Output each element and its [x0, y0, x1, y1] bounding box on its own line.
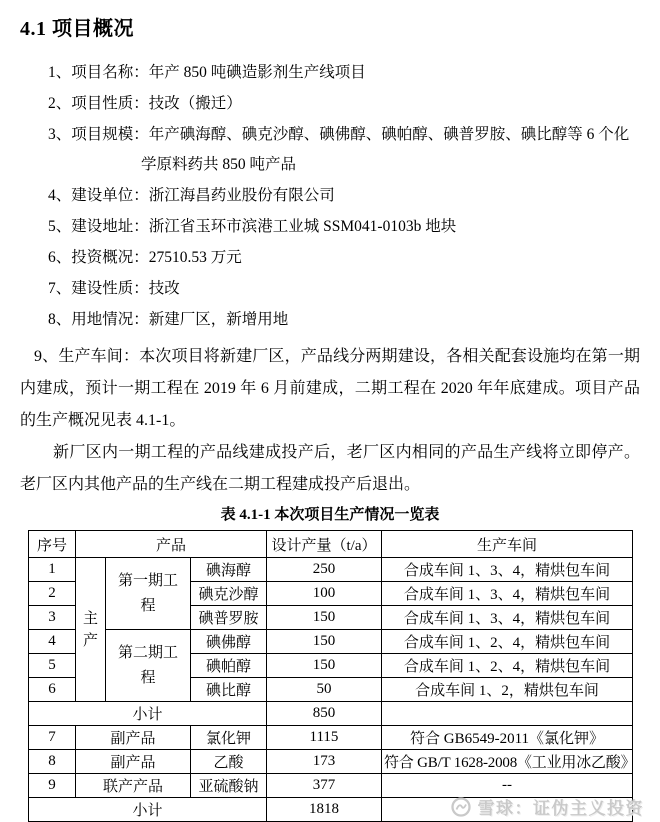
phase1-label: 第一期工程 [115, 569, 181, 619]
header-workshop: 生产车间 [382, 531, 633, 558]
cell-seq: 2 [29, 582, 76, 606]
cell-output: 250 [267, 558, 382, 582]
item-number: 7、 [48, 280, 71, 297]
list-item-8: 8、用地情况：新建厂区，新增用地 [48, 305, 640, 335]
cell-output: 377 [267, 774, 382, 798]
table-row-subtotal-main: 小计 850 [29, 702, 633, 726]
project-info-list: 1、项目名称：年产 850 吨碘造影剂生产线项目 2、项目性质：技改（搬迁） 3… [20, 58, 640, 335]
list-item-4: 4、建设单位：浙江海昌药业股份有限公司 [48, 181, 640, 211]
cell-category: 联产产品 [76, 774, 191, 798]
list-item-6: 6、投资概况：27510.53 万元 [48, 243, 640, 273]
item-number: 6、 [48, 249, 71, 266]
cell-output: 173 [267, 750, 382, 774]
cell-category: 副产品 [76, 750, 191, 774]
table-title: 表 4.1-1 本次项目生产情况一览表 [20, 505, 640, 525]
list-item-7: 7、建设性质：技改 [48, 274, 640, 304]
cell-main-group: 主产 [76, 558, 106, 702]
table-header-row: 序号 产品 设计产量（t/a） 生产车间 [29, 531, 633, 558]
item-label: 项目名称： [71, 64, 149, 81]
table-row-1: 1 主产 第一期工程 碘海醇 250 合成车间 1、3、4，精烘包车间 [29, 558, 633, 582]
item-value: 27510.53 万元 [149, 249, 242, 266]
item-value: 年产 850 吨碘造影剂生产线项目 [149, 64, 366, 81]
item-number: 5、 [48, 218, 71, 235]
cell-output: 150 [267, 630, 382, 654]
item-label: 项目规模： [71, 126, 149, 143]
cell-subtotal-workshop [382, 798, 633, 822]
cell-workshop: 符合 GB/T 1628-2008《工业用冰乙酸》 [382, 750, 633, 774]
cell-phase1: 第一期工程 [106, 558, 191, 630]
cell-workshop: 符合 GB6549-2011《氯化钾》 [382, 726, 633, 750]
document-page: 4.1 项目概况 1、项目名称：年产 850 吨碘造影剂生产线项目 2、项目性质… [0, 0, 660, 822]
paragraph-old-plant-shutdown: 新厂区内一期工程的产品线建成投产后，老厂区内相同的产品生产线将立即停产。老厂区内… [20, 437, 640, 501]
cell-workshop: 合成车间 1、3、4，精烘包车间 [382, 582, 633, 606]
cell-product: 乙酸 [191, 750, 267, 774]
header-product: 产品 [76, 531, 267, 558]
cell-subtotal-label: 小计 [29, 798, 267, 822]
cell-subtotal-label: 小计 [29, 702, 267, 726]
list-item-2: 2、项目性质：技改（搬迁） [48, 89, 640, 119]
cell-output: 150 [267, 654, 382, 678]
cell-product: 碘普罗胺 [191, 606, 267, 630]
list-item-1: 1、项目名称：年产 850 吨碘造影剂生产线项目 [48, 58, 640, 88]
cell-workshop: -- [382, 774, 633, 798]
item-value: 年产碘海醇、碘克沙醇、碘佛醇、碘帕醇、碘普罗胺、碘比醇等 6 个化 [149, 126, 630, 143]
cell-workshop: 合成车间 1、3、4，精烘包车间 [382, 606, 633, 630]
item-number: 1、 [48, 64, 71, 81]
cell-seq: 5 [29, 654, 76, 678]
item-value: 浙江海昌药业股份有限公司 [149, 187, 335, 204]
header-seq: 序号 [29, 531, 76, 558]
item-value-line2: 学原料药共 850 吨产品 [141, 150, 640, 180]
cell-seq: 9 [29, 774, 76, 798]
item-label: 用地情况： [71, 311, 149, 328]
item-number: 4、 [48, 187, 71, 204]
cell-seq: 8 [29, 750, 76, 774]
item-label: 项目性质： [71, 95, 149, 112]
cell-product: 碘海醇 [191, 558, 267, 582]
main-group-label: 主产 [82, 608, 99, 652]
cell-output: 50 [267, 678, 382, 702]
list-item-5: 5、建设地址：浙江省玉环市滨港工业城 SSM041-0103b 地块 [48, 212, 640, 242]
cell-subtotal-output: 1818 [267, 798, 382, 822]
cell-subtotal-output: 850 [267, 702, 382, 726]
cell-seq: 7 [29, 726, 76, 750]
item-value: 新建厂区，新增用地 [149, 311, 289, 328]
table-row-4: 4 第二期工程 碘佛醇 150 合成车间 1、2、4，精烘包车间 [29, 630, 633, 654]
cell-phase2: 第二期工程 [106, 630, 191, 702]
cell-product: 碘克沙醇 [191, 582, 267, 606]
cell-subtotal-workshop [382, 702, 633, 726]
cell-seq: 4 [29, 630, 76, 654]
list-item-3: 3、项目规模：年产碘海醇、碘克沙醇、碘佛醇、碘帕醇、碘普罗胺、碘比醇等 6 个化… [48, 120, 640, 180]
cell-output: 1115 [267, 726, 382, 750]
item-value: 技改 [149, 280, 180, 297]
cell-workshop: 合成车间 1、2，精烘包车间 [382, 678, 633, 702]
cell-product: 碘佛醇 [191, 630, 267, 654]
cell-seq: 3 [29, 606, 76, 630]
header-output: 设计产量（t/a） [267, 531, 382, 558]
production-overview-table: 序号 产品 设计产量（t/a） 生产车间 1 主产 第一期工程 碘海醇 250 … [28, 530, 633, 822]
cell-category: 副产品 [76, 726, 191, 750]
cell-output: 100 [267, 582, 382, 606]
table-row-8: 8 副产品 乙酸 173 符合 GB/T 1628-2008《工业用冰乙酸》 [29, 750, 633, 774]
cell-product: 氯化钾 [191, 726, 267, 750]
cell-seq: 6 [29, 678, 76, 702]
paragraph-production-workshops: 9、生产车间：本次项目将新建厂区，产品线分两期建设，各相关配套设施均在第一期内建… [20, 341, 640, 437]
item-value: 浙江省玉环市滨港工业城 SSM041-0103b 地块 [149, 218, 456, 235]
item-label: 建设单位： [71, 187, 149, 204]
item-number: 2、 [48, 95, 71, 112]
item-label: 建设地址： [71, 218, 149, 235]
cell-product: 碘比醇 [191, 678, 267, 702]
table-row-subtotal-total: 小计 1818 [29, 798, 633, 822]
item-number: 3、 [48, 126, 71, 143]
cell-output: 150 [267, 606, 382, 630]
cell-workshop: 合成车间 1、2、4，精烘包车间 [382, 630, 633, 654]
item-value: 技改（搬迁） [149, 95, 242, 112]
cell-seq: 1 [29, 558, 76, 582]
phase2-label: 第二期工程 [115, 641, 181, 691]
table-row-9: 9 联产产品 亚硫酸钠 377 -- [29, 774, 633, 798]
item-label: 建设性质： [71, 280, 149, 297]
cell-workshop: 合成车间 1、2、4，精烘包车间 [382, 654, 633, 678]
item-number: 8、 [48, 311, 71, 328]
cell-product: 亚硫酸钠 [191, 774, 267, 798]
table-row-7: 7 副产品 氯化钾 1115 符合 GB6549-2011《氯化钾》 [29, 726, 633, 750]
section-heading: 4.1 项目概况 [20, 16, 640, 42]
cell-product: 碘帕醇 [191, 654, 267, 678]
item-label: 投资概况： [71, 249, 149, 266]
cell-workshop: 合成车间 1、3、4，精烘包车间 [382, 558, 633, 582]
